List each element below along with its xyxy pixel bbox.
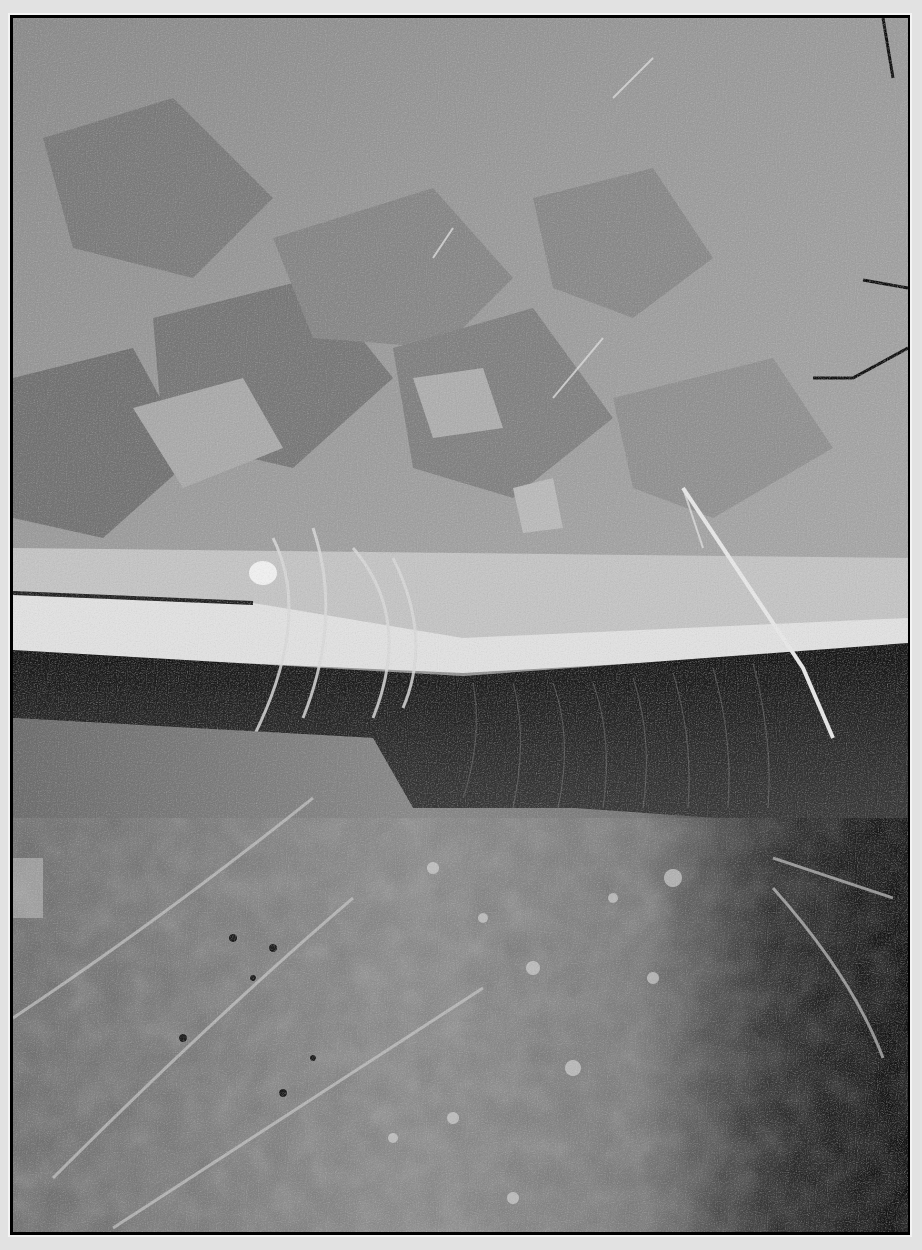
photograph <box>13 18 908 1232</box>
